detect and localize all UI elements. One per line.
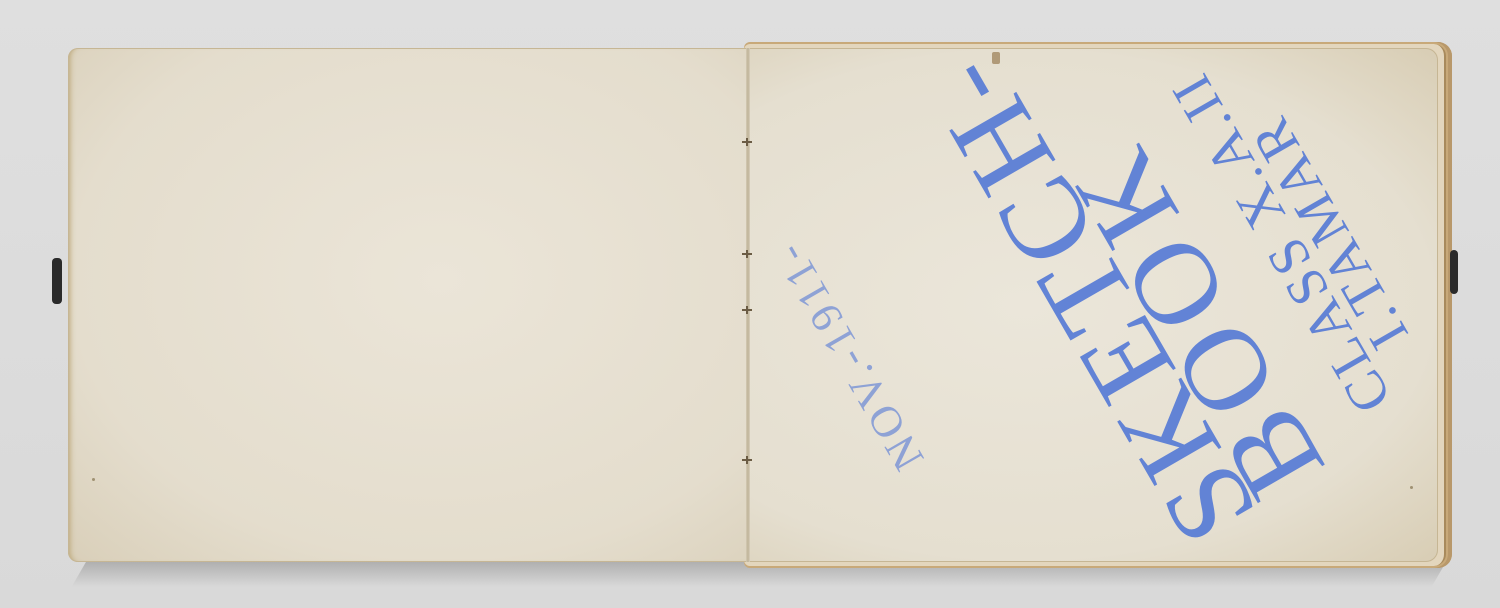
binding-stitch (740, 138, 754, 146)
inscription: SKETCH- BOOK NOV.-1911- CLASS X.A.II I.T… (760, 60, 1440, 560)
binding-stitch (740, 306, 754, 314)
inscription-date: NOV.-1911- (762, 232, 934, 479)
paper-speck (92, 478, 95, 481)
binding-stitch (740, 250, 754, 258)
binding-clip-left (52, 258, 62, 304)
binding-stitch (740, 456, 754, 464)
binding-clip-right (1450, 250, 1458, 294)
left-page (68, 48, 748, 562)
book-gutter (746, 48, 750, 562)
